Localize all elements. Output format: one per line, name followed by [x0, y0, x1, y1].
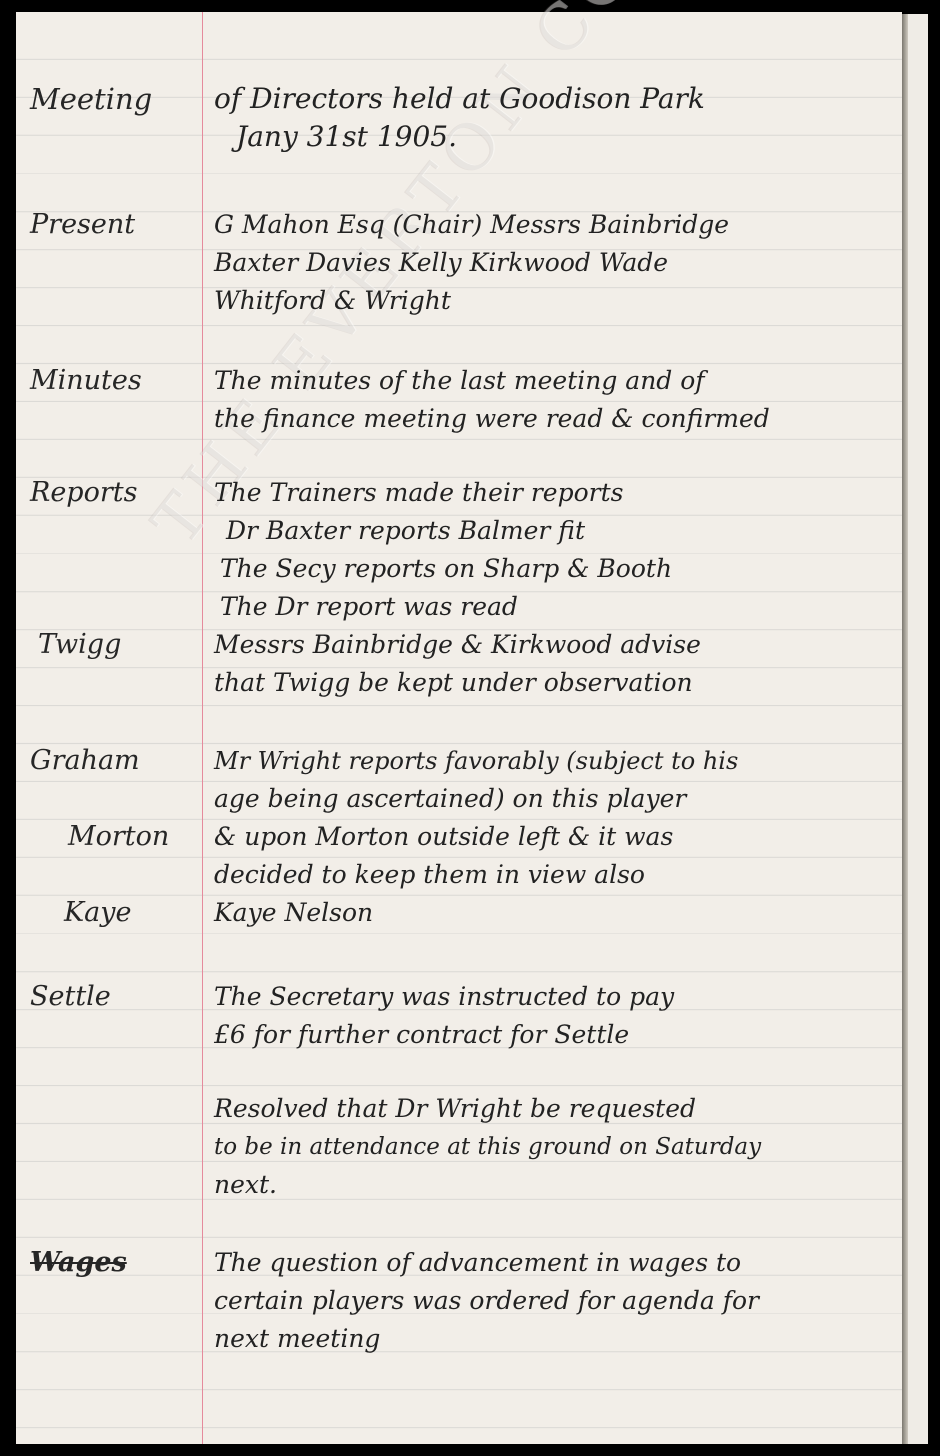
entry-line: the finance meeting were read & confirme… — [214, 400, 894, 438]
entry-line: Whitford & Wright — [214, 282, 894, 320]
entry-line: Resolved that Dr Wright be requested — [214, 1090, 894, 1128]
entry-body: G Mahon Esq (Chair) Messrs Bainbridge Ba… — [214, 206, 894, 320]
entry-line: next meeting — [214, 1320, 894, 1358]
entry-body: The Trainers made their reports Dr Baxte… — [214, 474, 894, 626]
entry-label: Meeting — [30, 80, 200, 118]
entry-line: The minutes of the last meeting and of — [214, 362, 894, 400]
entry-line: The Trainers made their reports — [214, 474, 894, 512]
entry-line: decided to keep them in view also — [214, 856, 894, 894]
entry-body: of Directors held at Goodison Park Jany … — [214, 80, 894, 156]
entry-line: The question of advancement in wages to — [214, 1244, 894, 1282]
entry-body: The Secretary was instructed to pay £6 f… — [214, 978, 894, 1054]
margin-rule — [202, 12, 203, 1444]
entry-body: The minutes of the last meeting and of t… — [214, 362, 894, 438]
entry-line: Dr Baxter reports Balmer fit — [214, 512, 894, 550]
entry-line: Baxter Davies Kelly Kirkwood Wade — [214, 244, 894, 282]
heading-line: of Directors held at Goodison Park — [214, 80, 894, 118]
entry-body: Messrs Bainbridge & Kirkwood advise that… — [214, 626, 894, 702]
entry-line: age being ascertained) on this player — [214, 780, 894, 818]
entry-line: that Twigg be kept under observation — [214, 664, 894, 702]
entry-line: certain players was ordered for agenda f… — [214, 1282, 894, 1320]
entry-label: Twigg — [38, 626, 208, 664]
entry-line: Messrs Bainbridge & Kirkwood advise — [214, 626, 894, 664]
entry-body: Kaye Nelson — [214, 894, 894, 932]
minute-book-page: THE EVERTON COLLECTION CHARITABLE TRUST … — [16, 12, 902, 1444]
entry-label: Graham — [30, 742, 200, 780]
facing-page-edge — [908, 14, 928, 1444]
entry-body: The question of advancement in wages to … — [214, 1244, 894, 1358]
entry-label: Settle — [30, 978, 200, 1016]
entry-line: £6 for further contract for Settle — [214, 1016, 894, 1054]
entry-line: The Secy reports on Sharp & Booth — [214, 550, 894, 588]
entry-label: Present — [30, 206, 200, 244]
entry-body: Mr Wright reports favorably (subject to … — [214, 742, 894, 818]
entry-label: Kaye — [64, 894, 234, 932]
entry-label: Morton — [68, 818, 238, 856]
entry-line: to be in attendance at this ground on Sa… — [214, 1128, 894, 1166]
entry-line: The Dr report was read — [214, 588, 894, 626]
entry-line: The Secretary was instructed to pay — [214, 978, 894, 1016]
entry-line: Mr Wright reports favorably (subject to … — [214, 742, 894, 780]
entry-line: Kaye Nelson — [214, 894, 894, 932]
entry-body: & upon Morton outside left & it was deci… — [214, 818, 894, 894]
entry-body: Resolved that Dr Wright be requested to … — [214, 1090, 894, 1204]
entry-label: Reports — [30, 474, 200, 512]
heading-date: Jany 31st 1905. — [214, 118, 894, 156]
entry-label: Wages — [30, 1244, 200, 1282]
entry-line: & upon Morton outside left & it was — [214, 818, 894, 856]
entry-line: G Mahon Esq (Chair) Messrs Bainbridge — [214, 206, 894, 244]
entry-line: next. — [214, 1166, 894, 1204]
entry-label: Minutes — [30, 362, 200, 400]
